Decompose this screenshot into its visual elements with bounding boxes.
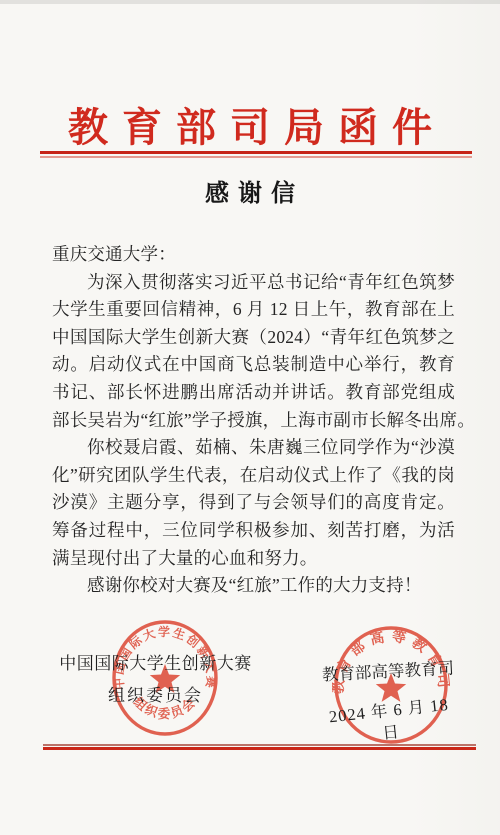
- signature-committee-name-line2: 组织委员会: [58, 685, 253, 707]
- letterhead-title: 教育部司局函件: [0, 96, 500, 153]
- body-line: 部长吴岩为“红旅”学子授旗，上海市副市长解冬出席。: [52, 407, 455, 435]
- body-line: 你校聂启霞、茹楠、朱唐巍三位同学作为“沙漠土壤: [52, 434, 455, 462]
- footer-divider-thick-line: [43, 747, 476, 750]
- body-line: 筹备过程中，三位同学积极参加、刻苦打磨，为活动的圆: [52, 517, 455, 545]
- signature-committee: 中国国际大学生创新大赛 组织委员会: [58, 653, 253, 707]
- body-line: 沙漠》主题分享，得到了与会领导们的高度肯定。在前期: [52, 489, 455, 517]
- signature-committee-name: 中国国际大学生创新大赛: [58, 653, 253, 675]
- header-divider-thin-line: [40, 156, 472, 158]
- body-line: 中国国际大学生创新大赛（2024）“青年红色筑梦之旅”活: [52, 324, 455, 352]
- body-line: 动。启动仪式在中国商飞总装制造中心举行，教育部党组: [52, 351, 455, 379]
- body-line: 满呈现付出了大量的心血和努力。: [52, 545, 455, 573]
- letter-title: 感谢信: [0, 173, 500, 208]
- salutation-line: 重庆交通大学：: [52, 241, 455, 269]
- closing-line: 感谢你校对大赛及“红旅”工作的大力支持！: [52, 572, 455, 600]
- header-divider: [40, 151, 472, 158]
- letter-page: 教育部司局函件 感谢信 重庆交通大学： 为深入贯彻落实习近平总书记给“青年红色筑…: [0, 0, 500, 835]
- body-line: 化”研究团队学生代表，在启动仪式上作了《我的岗位在: [52, 462, 455, 490]
- header-divider-thick-line: [40, 151, 472, 154]
- body-line: 为深入贯彻落实习近平总书记给“青年红色筑梦之旅”: [52, 269, 455, 297]
- letter-body: 重庆交通大学： 为深入贯彻落实习近平总书记给“青年红色筑梦之旅” 大学生重要回信…: [52, 241, 455, 600]
- body-line: 书记、部长怀进鹏出席活动并讲话。教育部党组成员、副: [52, 379, 455, 407]
- body-line: 大学生重要回信精神，6 月 12 日上午，教育部在上海启动: [52, 296, 455, 324]
